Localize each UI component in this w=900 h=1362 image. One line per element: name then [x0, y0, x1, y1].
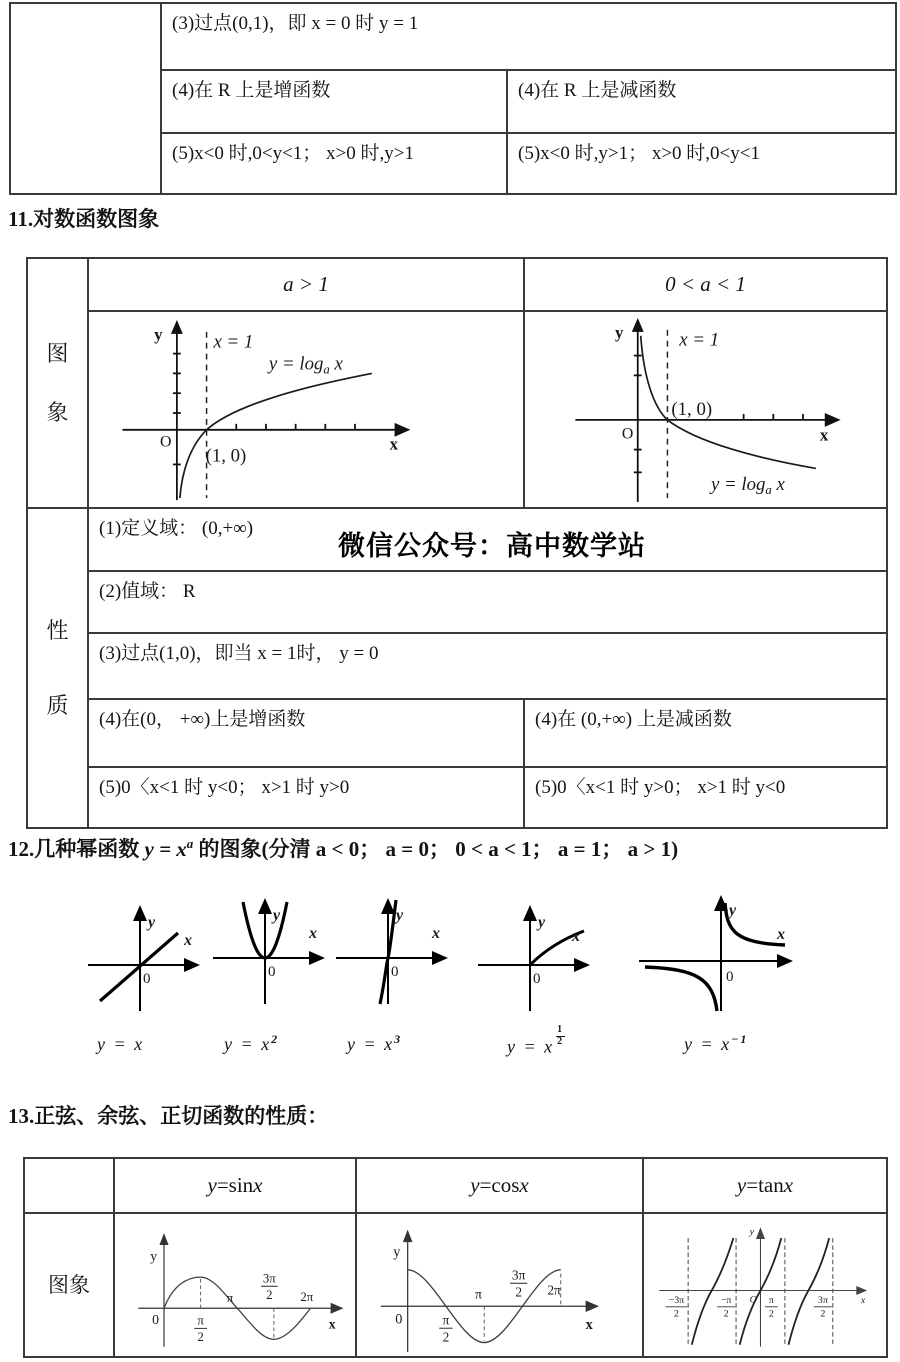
- 3pi-over-2-den: 2: [820, 1309, 825, 1320]
- hdr-lhs: y: [737, 1172, 746, 1198]
- hdr-eq: =: [746, 1172, 758, 1198]
- y-axis-arrow: [159, 1233, 168, 1245]
- y-axis-label: y: [154, 325, 163, 344]
- hdr-fn: sin: [229, 1172, 254, 1198]
- pi-over-2-den: 2: [443, 1330, 450, 1345]
- y-axis-arrow: [171, 320, 183, 334]
- y-axis-label: y: [727, 902, 737, 919]
- caption-y-equals-x-inverse: y = x−1: [684, 1032, 748, 1055]
- y-axis-label: y: [271, 907, 281, 924]
- log-prop-4-increasing: (4)在(0， +∞)上是增函数: [89, 700, 525, 768]
- curve-hyperbola-q3: [645, 967, 717, 1011]
- y-axis-arrow: [403, 1230, 413, 1242]
- 3pi-over-2-den: 2: [515, 1285, 522, 1300]
- log-prop-4-decreasing: (4)在 (0,+∞) 上是减函数: [525, 700, 886, 768]
- empty-label-cell: [11, 4, 162, 193]
- origin-label: 0: [143, 971, 151, 987]
- curve-equation-label: y = loga x: [709, 474, 786, 497]
- exp-prop-4-increasing: (4)在 R 上是增函数: [162, 71, 508, 134]
- curve-eq-post: x: [330, 353, 344, 374]
- s12-title-math: y = x: [145, 837, 187, 861]
- tan-graph: −3π 2 −π 2 O π 2 3π 2 y x: [652, 1220, 878, 1352]
- caption-exp: −1: [731, 1032, 748, 1046]
- caption-y-equals-x: y = x: [97, 1032, 144, 1055]
- log-graph-cell-decreasing: y x = 1 O (1, 0) x y = loga x: [525, 312, 886, 509]
- y-axis-label: y: [393, 1244, 401, 1260]
- x-axis-label: x: [308, 925, 317, 942]
- asymptote-label: x = 1: [213, 332, 254, 353]
- caption-exp: 2: [271, 1032, 279, 1046]
- 2pi-label: 2π: [300, 1290, 313, 1304]
- x-axis-arrow: [777, 954, 793, 968]
- power-graph-linear: x y 0: [80, 893, 210, 1018]
- s12-title-pre: 12.几种幂函数: [8, 837, 145, 861]
- row-label-graph-char2: 象: [46, 399, 68, 427]
- caption-base: y = x: [507, 1037, 554, 1057]
- section-13-title: 13.正弦、余弦、正切函数的性质：: [8, 1100, 328, 1130]
- pi-over-2-den: 2: [197, 1330, 203, 1344]
- header-y-sin-x: y = sin x: [115, 1159, 357, 1214]
- s12-title-post: 的图象(分清 a < 0； a = 0； 0 < a < 1； a = 1； a…: [193, 837, 678, 861]
- curve-eq-pre: y = log: [267, 353, 323, 374]
- log-inc-axes: [122, 330, 399, 500]
- power-graph-reciprocal: x y 0: [633, 883, 808, 1018]
- cos-graph: y x 0 π 2 π 3π 2 2π: [369, 1222, 609, 1355]
- y-axis-label: y: [615, 323, 624, 342]
- cos-graph-cell: y x 0 π 2 π 3π 2 2π: [357, 1214, 644, 1356]
- exp-prop-4-decreasing: (4)在 R 上是减函数: [508, 71, 895, 134]
- log-prop-5-right: (5)0〈x<1 时 y>0； x>1 时 y<0: [525, 768, 886, 827]
- caption-y-equals-x2: y = x2: [224, 1032, 279, 1055]
- x-axis-arrow: [184, 958, 200, 972]
- caption-base: y = x: [347, 1034, 394, 1054]
- log-prop-5-left: (5)0〈x<1 时 y<0； x>1 时 y>0: [89, 768, 525, 827]
- sin-graph: y x 0 π π 2 3π 2 2π: [125, 1224, 355, 1354]
- exp-prop-5-left: (5)x<0 时,0<y<1； x>0 时,y>1: [162, 134, 508, 193]
- power-graph-sqrt: x y 0: [470, 893, 600, 1018]
- y-axis-arrow: [632, 318, 644, 332]
- 3pi-over-2-num: 3π: [512, 1267, 526, 1282]
- header-y-cos-x: y = cos x: [357, 1159, 644, 1214]
- caption-exp-num: 1: [556, 1025, 565, 1037]
- 3pi-over-2-den: 2: [266, 1288, 272, 1302]
- caption-base: y = x: [97, 1034, 144, 1054]
- row-label-graph: 图 象: [28, 259, 89, 509]
- caption-base: y = x: [684, 1034, 731, 1054]
- log-graph-increasing: y x = 1 y = loga x O (1, 0) x: [101, 316, 421, 506]
- origin-label: 0: [533, 971, 541, 987]
- hdr-arg: x: [784, 1172, 793, 1198]
- caption-base: y = x: [224, 1034, 271, 1054]
- header-y-tan-x: y = tan x: [644, 1159, 886, 1214]
- asymptote-label: x = 1: [678, 330, 719, 351]
- y-axis-arrow: [381, 898, 395, 914]
- sin-graph-cell: y x 0 π π 2 3π 2 2π: [115, 1214, 357, 1356]
- x-axis-arrow: [856, 1286, 867, 1295]
- neg-3pi-over-2-num: −3π: [669, 1295, 685, 1306]
- curve-equation-label: y = loga x: [267, 353, 344, 376]
- y-axis-arrow: [523, 905, 537, 921]
- caption-y-equals-x3: y = x3: [347, 1032, 402, 1055]
- y-axis-label: y: [536, 914, 546, 931]
- column-header-a-lt-1: 0 < a < 1: [525, 259, 886, 312]
- 2pi-label: 2π: [547, 1283, 561, 1298]
- section-12-title: 12.几种幂函数 y = xa 的图象(分清 a < 0； a = 0； 0 <…: [8, 833, 678, 863]
- x-axis-label: x: [329, 1316, 336, 1331]
- hdr-fn: cos: [491, 1172, 519, 1198]
- row-label-properties: 性 质: [28, 509, 89, 827]
- neg-pi-over-2-den: 2: [724, 1309, 729, 1320]
- origin-label: O: [622, 426, 633, 443]
- pi-over-2-num: π: [197, 1314, 204, 1328]
- 3pi-over-2-num: 3π: [263, 1272, 276, 1286]
- curve-eq-pre: y = log: [709, 474, 765, 495]
- y-axis-arrow: [258, 898, 272, 914]
- origin-label: O: [750, 1294, 757, 1305]
- neg-3pi-over-2-den: 2: [674, 1309, 679, 1320]
- origin-label: O: [160, 434, 171, 451]
- power-graph-cube: x y 0: [328, 886, 458, 1011]
- x-axis-label: x: [860, 1295, 866, 1306]
- x-axis-arrow: [586, 1300, 599, 1311]
- origin-label: 0: [726, 969, 734, 985]
- hdr-lhs: y: [207, 1172, 216, 1198]
- power-graph-square: x y 0: [205, 886, 335, 1011]
- origin-label: 0: [391, 964, 399, 980]
- section-11-title: 11.对数函数图象: [8, 203, 159, 233]
- x-axis-label: x: [390, 435, 399, 454]
- caption-exp-fraction: 12: [556, 1025, 565, 1047]
- log-prop-3-point: (3)过点(1,0)，即当 x = 1时， y = 0: [89, 634, 886, 700]
- hdr-arg: x: [519, 1172, 528, 1198]
- origin-label: 0: [395, 1311, 402, 1327]
- hdr-arg: x: [253, 1172, 262, 1198]
- y-axis-arrow: [756, 1227, 765, 1239]
- pi-label: π: [227, 1291, 234, 1305]
- hdr-fn: tan: [758, 1172, 784, 1198]
- x-axis-label: x: [431, 925, 440, 942]
- hdr-lhs: y: [470, 1172, 479, 1198]
- hdr-eq: =: [217, 1172, 229, 1198]
- tan-graph-cell: −3π 2 −π 2 O π 2 3π 2 y x: [644, 1214, 886, 1356]
- x-axis-arrow: [574, 958, 590, 972]
- pi-over-2-den: 2: [769, 1309, 774, 1320]
- exp-prop-5-right: (5)x<0 时,y>1； x>0 时,0<y<1: [508, 134, 895, 193]
- caption-exp-den: 2: [556, 1037, 565, 1048]
- y-axis-label: y: [394, 907, 404, 924]
- x-axis-label: x: [820, 426, 829, 445]
- x-axis-label: x: [586, 1317, 594, 1333]
- trig-functions-table: y = sin x y = cos x y = tan x 图象 y x 0 π…: [23, 1157, 888, 1358]
- pi-label: π: [475, 1287, 482, 1302]
- log-graph-decreasing: y x = 1 O (1, 0) x y = loga x: [559, 316, 859, 506]
- y-axis-label: y: [749, 1226, 755, 1237]
- neg-pi-over-2-num: −π: [721, 1295, 732, 1306]
- x-axis-arrow: [331, 1303, 344, 1314]
- document-page: (3)过点(0,1)，即 x = 0 时 y = 1 (4)在 R 上是增函数 …: [0, 0, 900, 1362]
- row-label-graph-char1: 图: [46, 340, 68, 368]
- row-label-properties-char1: 性: [46, 617, 68, 645]
- row-label-graphs: 图象: [25, 1214, 115, 1356]
- column-header-a-gt-1: a > 1: [89, 259, 525, 312]
- axes: [478, 917, 578, 1011]
- point-1-0-label: (1, 0): [206, 445, 247, 466]
- axes: [639, 907, 781, 1011]
- wechat-watermark: 微信公众号：高中数学站: [338, 524, 646, 563]
- x-axis-label: x: [776, 926, 785, 943]
- exp-prop-3: (3)过点(0,1)，即 x = 0 时 y = 1: [162, 4, 895, 71]
- hdr-eq: =: [480, 1172, 492, 1198]
- row-label-properties-char2: 质: [46, 692, 68, 720]
- y-axis-label: y: [146, 914, 156, 931]
- exponential-properties-table: (3)过点(0,1)，即 x = 0 时 y = 1 (4)在 R 上是增函数 …: [9, 2, 897, 195]
- curve-eq-post: x: [772, 474, 786, 495]
- x-axis-arrow: [432, 951, 448, 965]
- x-axis-label: x: [571, 928, 580, 945]
- log-curve-increasing: [180, 373, 372, 498]
- point-1-0-label: (1, 0): [671, 399, 712, 420]
- 3pi-over-2-num: 3π: [818, 1295, 828, 1306]
- origin-label: 0: [268, 964, 276, 980]
- y-axis-arrow: [133, 905, 147, 921]
- empty-header-cell: [25, 1159, 115, 1214]
- caption-y-equals-sqrt-x: y = x12: [507, 1025, 565, 1058]
- log-graph-cell-increasing: y x = 1 y = loga x O (1, 0) x: [89, 312, 525, 509]
- log-prop-2-range: (2)值域： R: [89, 572, 886, 634]
- axes: [336, 910, 436, 1004]
- caption-exp: 3: [394, 1032, 402, 1046]
- x-axis-arrow: [309, 951, 325, 965]
- pi-over-2-num: π: [443, 1312, 450, 1327]
- origin-label: 0: [152, 1312, 159, 1327]
- pi-over-2-num: π: [769, 1295, 774, 1306]
- x-axis-label: x: [183, 932, 192, 949]
- y-axis-label: y: [150, 1249, 157, 1264]
